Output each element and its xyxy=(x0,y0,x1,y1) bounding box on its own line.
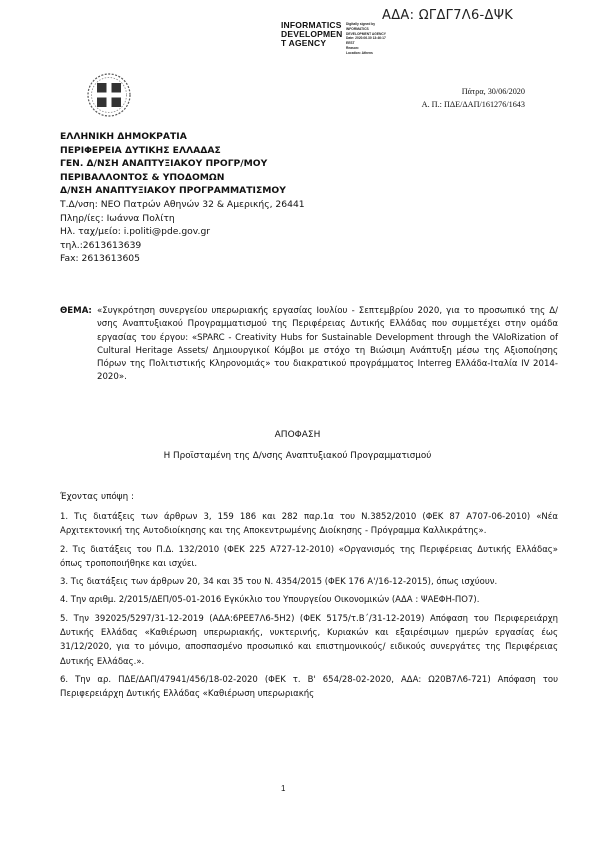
protocol-number: Α. Π.: ΠΔΕ/ΔΑΠ/161276/1643 xyxy=(422,98,525,111)
greek-state-emblem-icon xyxy=(86,72,132,118)
ada-watermark: ΑΔΑ: ΩΓΔΓ7Λ6-ΔΨΚ xyxy=(382,8,513,23)
sender-email: Ηλ. ταχ/μείο: i.politi@pde.gov.gr xyxy=(60,225,305,239)
signature-line: Location: Athens xyxy=(346,51,386,56)
subject-text: «Συγκρότηση συνεργείου υπερωριακής εργασ… xyxy=(97,305,558,385)
subject-block: ΘΕΜΑ: «Συγκρότηση συνεργείου υπερωριακής… xyxy=(60,305,558,385)
legal-basis-list: 1. Τις διατάξεις των άρθρων 3, 159 186 κ… xyxy=(60,510,558,706)
sender-block: ΕΛΛΗΝΙΚΗ ΔΗΜΟΚΡΑΤΙΑ ΠΕΡΙΦΕΡΕΙΑ ΔΥΤΙΚΗΣ Ε… xyxy=(60,130,305,266)
place-date: Πάτρα, 30/06/2020 xyxy=(422,85,525,98)
list-item: 1. Τις διατάξεις των άρθρων 3, 159 186 κ… xyxy=(60,510,558,539)
list-item: 2. Τις διατάξεις του Π.Δ. 132/2010 (ΦΕΚ … xyxy=(60,543,558,572)
sender-phone: τηλ.:2613613639 xyxy=(60,239,305,253)
agency-stamp-line: T AGENCY xyxy=(281,39,343,48)
sender-line: ΠΕΡΙΒΑΛΛΟΝΤΟΣ & ΥΠΟΔΟΜΩΝ xyxy=(60,171,305,185)
agency-stamp-title: INFORMATICS DEVELOPMEN T AGENCY xyxy=(281,21,343,48)
digital-signature-details: Digitally signed by INFORMATICS DEVELOPM… xyxy=(346,22,386,56)
sender-line: ΓΕΝ. Δ/ΝΣΗ ΑΝΑΠΤΥΞΙΑΚΟΥ ΠΡΟΓΡ/ΜΟΥ xyxy=(60,157,305,171)
decision-issuer: Η Προϊσταμένη της Δ/νσης Αναπτυξιακού Πρ… xyxy=(0,451,595,461)
subject-label: ΘΕΜΑ: xyxy=(60,305,92,318)
list-item: 3. Τις διατάξεις των άρθρων 20, 34 και 3… xyxy=(60,575,558,589)
sender-line: ΕΛΛΗΝΙΚΗ ΔΗΜΟΚΡΑΤΙΑ xyxy=(60,130,305,144)
sender-line: ΠΕΡΙΦΕΡΕΙΑ ΔΥΤΙΚΗΣ ΕΛΛΑΔΑΣ xyxy=(60,144,305,158)
date-block: Πάτρα, 30/06/2020 Α. Π.: ΠΔΕ/ΔΑΠ/161276/… xyxy=(422,85,525,111)
decision-title: ΑΠΟΦΑΣΗ xyxy=(0,430,595,440)
sender-line: Δ/ΝΣΗ ΑΝΑΠΤΥΞΙΑΚΟΥ ΠΡΟΓΡΑΜΜΑΤΙΣΜΟΥ xyxy=(60,184,305,198)
considering-heading: Έχοντας υπόψη : xyxy=(60,492,134,502)
page-number: 1 xyxy=(281,784,285,793)
sender-contact-person: Πληρ/ίες: Ιωάννα Πολίτη xyxy=(60,212,305,226)
list-item: 5. Την 392025/5297/31-12-2019 (ΑΔΑ:6ΡΕΕ7… xyxy=(60,612,558,669)
sender-address: Τ.Δ/νση: ΝΕΟ Πατρών Αθηνών 32 & Αμερικής… xyxy=(60,198,305,212)
sender-fax: Fax: 2613613605 xyxy=(60,252,305,266)
list-item: 6. Την αρ. ΠΔΕ/ΔΑΠ/47941/456/18-02-2020 … xyxy=(60,673,558,702)
list-item: 4. Την αριθμ. 2/2015/ΔΕΠ/05-01-2016 Εγκύ… xyxy=(60,593,558,607)
